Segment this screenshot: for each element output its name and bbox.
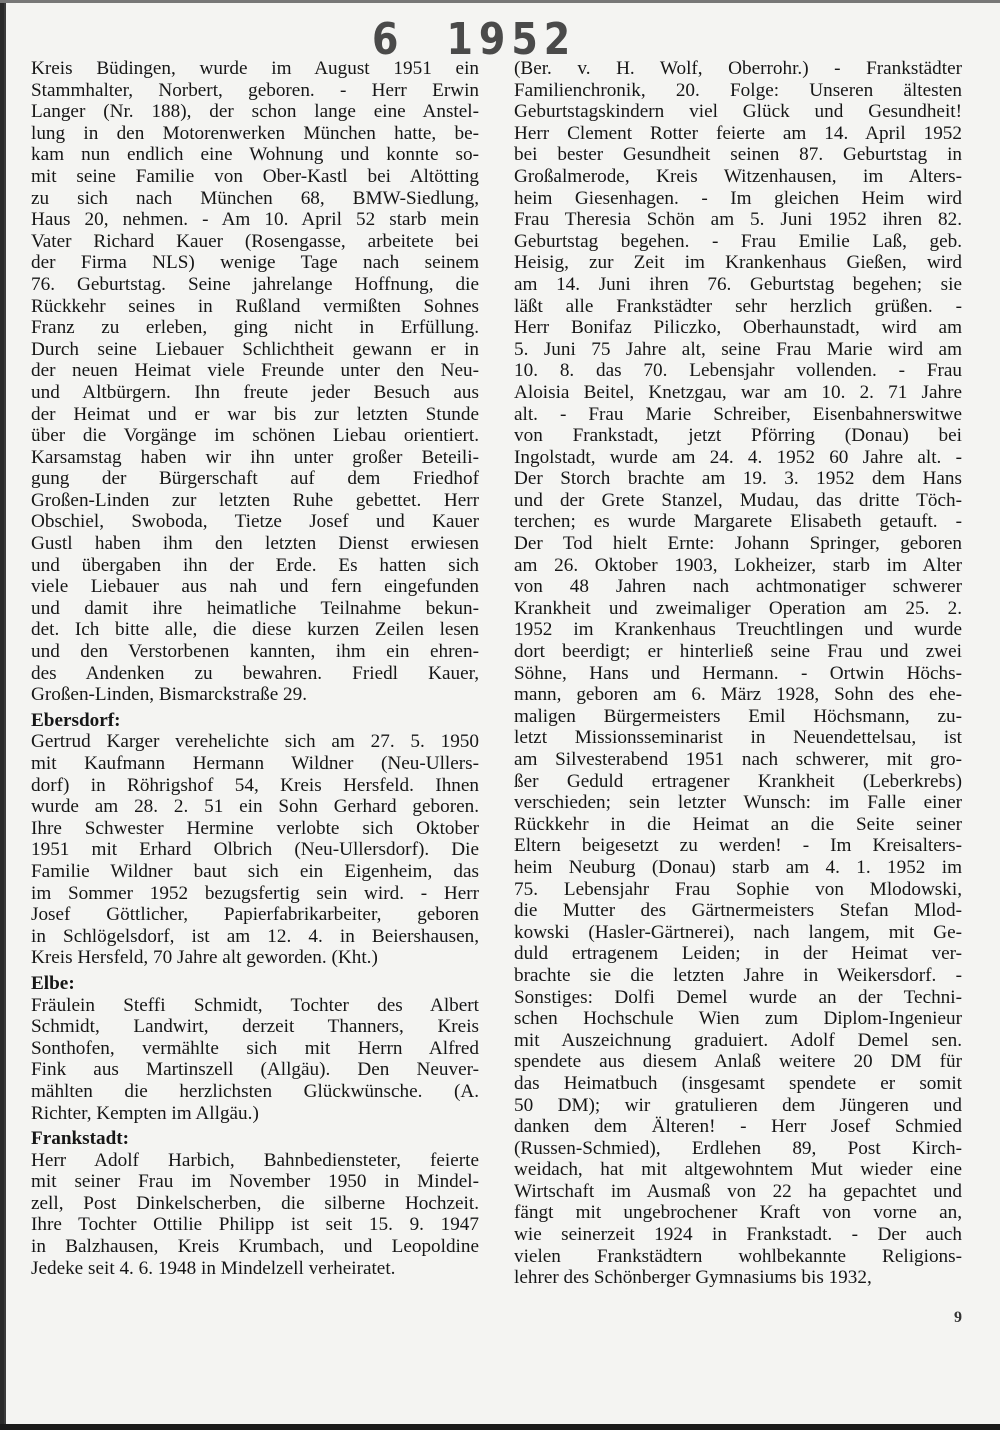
text-line: dorf) in Röhrigshof 54, Kreis Hersfeld. … xyxy=(31,775,479,797)
text-line: schen Hochschule Wien zum Diplom-Ingenie… xyxy=(514,1008,962,1030)
text-line: heim Giesenhagen. - Im gleichen Heim wir… xyxy=(514,188,962,210)
text-line: Gertrud Karger verehelichte sich am 27. … xyxy=(31,731,479,753)
left-column: Kreis Büdingen, wurde im August 1951 ein… xyxy=(31,58,479,1279)
issue-year: 1952 xyxy=(446,14,576,65)
text-line: (Ber. v. H. Wolf, Oberrohr.) - Frankstäd… xyxy=(514,58,962,80)
text-line: zu sich nach München 68, BMW-Siedlung, xyxy=(31,188,479,210)
page-number: 9 xyxy=(954,1309,962,1327)
text-line: in Schlögelsdorf, ist am 12. 4. in Beier… xyxy=(31,926,479,948)
text-line: mit seine Familie von Ober-Kastl bei Alt… xyxy=(31,166,479,188)
text-line: Rückkehr in die Heimat an die Seite sein… xyxy=(514,814,962,836)
text-line: im Sommer 1952 bezugsfertig sein wird. -… xyxy=(31,883,479,905)
text-line: Stammhalter, Norbert, geboren. - Herr Er… xyxy=(31,80,479,102)
text-line: brachte sie die letzten Jahre in Weikers… xyxy=(514,965,962,987)
section-heading: Ebersdorf: xyxy=(31,710,479,732)
text-line: Fink aus Martinszell (Allgäu). Den Neuve… xyxy=(31,1059,479,1081)
text-line: und übergaben ihn der Erde. Es hatten si… xyxy=(31,555,479,577)
text-line: Obschiel, Swoboda, Tietze Josef und Kaue… xyxy=(31,511,479,533)
text-line: am Silvesterabend 1951 nach schwerer, mi… xyxy=(514,749,962,771)
text-line: Herr Adolf Harbich, Bahnbediensteter, fe… xyxy=(31,1150,479,1172)
text-line: Söhne, Hans und Hermann. - Ortwin Höchs- xyxy=(514,663,962,685)
text-line: 1952 im Krankenhaus Treuchtlingen und wu… xyxy=(514,619,962,641)
text-line: Geburtstagskindern viel Glück und Gesund… xyxy=(514,101,962,123)
text-line: terchen; es wurde Margarete Elisabeth ge… xyxy=(514,511,962,533)
text-line: 1951 mit Erhard Olbrich (Neu-Ullersdorf)… xyxy=(31,839,479,861)
text-line: Fräulein Steffi Schmidt, Tochter des Alb… xyxy=(31,995,479,1017)
text-line: zell, Post Dinkelscherben, die silberne … xyxy=(31,1193,479,1215)
text-line: Großen-Linden, Bismarckstraße 29. xyxy=(31,684,479,706)
text-line: und Altbürgern. Ihn freute jeder Besuch … xyxy=(31,382,479,404)
text-line: fängt mit ungebrochener Kraft von vorne … xyxy=(514,1202,962,1224)
text-line: Großen-Linden zur letzten Ruhe gebettet.… xyxy=(31,490,479,512)
text-line: Ingolstadt, wurde am 24. 4. 1952 60 Jahr… xyxy=(514,447,962,469)
text-line: gung der Bürgerschaft auf dem Friedhof xyxy=(31,468,479,490)
text-line: 5. Juni 75 Jahre alt, seine Frau Marie w… xyxy=(514,339,962,361)
text-line: weidach, hat mit altgewohntem Mut wieder… xyxy=(514,1159,962,1181)
text-line: 76. Geburtstag. Seine jahrelange Hoffnun… xyxy=(31,274,479,296)
text-line: Sonstiges: Dolfi Demel wurde an der Tech… xyxy=(514,987,962,1009)
text-line: läßt alle Frankstädter sehr herzlich grü… xyxy=(514,296,962,318)
text-line: Karsamstag haben wir ihn unter großer Be… xyxy=(31,447,479,469)
text-line: Durch seine Liebauer Schlichtheit gewann… xyxy=(31,339,479,361)
text-line: Herr Clement Rotter feierte am 14. April… xyxy=(514,123,962,145)
text-line: am 14. Juni ihren 76. Geburtstag begehen… xyxy=(514,274,962,296)
text-line: kam nun endlich eine Wohnung und konnte … xyxy=(31,144,479,166)
text-line: maligen Bürgermeisters Emil Höchsmann, z… xyxy=(514,706,962,728)
text-line: Richter, Kempten im Allgäu.) xyxy=(31,1103,479,1125)
text-line: von Frankstadt, jetzt Pförring (Donau) b… xyxy=(514,425,962,447)
text-line: wurde am 28. 2. 51 ein Sohn Gerhard gebo… xyxy=(31,796,479,818)
issue-number: 6 xyxy=(372,14,404,65)
text-line: von 48 Jahren nach achtmonatiger schwere… xyxy=(514,576,962,598)
text-line: verschieden; sein letzter Wunsch: im Fal… xyxy=(514,792,962,814)
text-line: Gustl haben ihm den letzten Dienst erwie… xyxy=(31,533,479,555)
text-line: mit Auszeichnung graduiert. Adolf Demel … xyxy=(514,1030,962,1052)
text-line: über die Vorgänge im schönen Liebau orie… xyxy=(31,425,479,447)
text-line: dort beerdigt; er hinterließ seine Frau … xyxy=(514,641,962,663)
text-line: in Balzhausen, Kreis Krumbach, und Leopo… xyxy=(31,1236,479,1258)
text-line: Geburtstag begehen. - Frau Emilie Laß, g… xyxy=(514,231,962,253)
text-line: ßer Geduld ertragener Krankheit (Leberkr… xyxy=(514,771,962,793)
text-line: Sonthofen, vermählte sich mit Herrn Alfr… xyxy=(31,1038,479,1060)
text-line: und damit ihre heimatliche Teilnahme bek… xyxy=(31,598,479,620)
text-line: 10. 8. das 70. Lebensjahr vollenden. - F… xyxy=(514,360,962,382)
text-line: am 26. Oktober 1903, Lokheizer, starb im… xyxy=(514,555,962,577)
text-line: die Mutter des Gärtnermeisters Stefan Ml… xyxy=(514,900,962,922)
text-line: Frau Theresia Schön am 5. Juni 1952 ihre… xyxy=(514,209,962,231)
text-line: der Firma NLS) wenige Tage nach seinem xyxy=(31,252,479,274)
text-line: und der Grete Stanzel, Mudau, das dritte… xyxy=(514,490,962,512)
text-line: Familienchronik, 20. Folge: Unseren älte… xyxy=(514,80,962,102)
text-line: vielen Frankstädtern wohlbekannte Religi… xyxy=(514,1246,962,1268)
text-line: Vater Richard Kauer (Rosengasse, arbeite… xyxy=(31,231,479,253)
text-line: Haus 20, nehmen. - Am 10. April 52 starb… xyxy=(31,209,479,231)
text-line: Ihre Tochter Ottilie Philipp ist seit 15… xyxy=(31,1214,479,1236)
text-line: der Heimat und er war bis zur letzten St… xyxy=(31,404,479,426)
text-line: mählten die herzlichsten Glückwünsche. (… xyxy=(31,1081,479,1103)
text-line: Langer (Nr. 188), der schon lange eine A… xyxy=(31,101,479,123)
text-line: Familie Wildner baut sich ein Eigenheim,… xyxy=(31,861,479,883)
text-line: det. Ich bitte alle, die diese kurzen Ze… xyxy=(31,619,479,641)
text-line: wie seinerzeit 1924 in Frankstadt. - Der… xyxy=(514,1224,962,1246)
text-line: mit Kaufmann Hermann Wildner (Neu-Ullers… xyxy=(31,753,479,775)
text-line: Krankheit und zweimaliger Operation am 2… xyxy=(514,598,962,620)
text-line: bei bester Gesundheit seinen 87. Geburts… xyxy=(514,144,962,166)
text-line: lung in den Motorenwerken München hatte,… xyxy=(31,123,479,145)
text-line: Ihre Schwester Hermine verlobte sich Okt… xyxy=(31,818,479,840)
text-line: kowski (Hasler-Gärtnerei), nach langem, … xyxy=(514,922,962,944)
text-line: letzt Missionsseminarist in Neuendettels… xyxy=(514,727,962,749)
text-line: das Heimatbuch (insgesamt spendete er so… xyxy=(514,1073,962,1095)
issue-stamp: 61952 xyxy=(372,14,576,65)
text-line: Der Tod hielt Ernte: Johann Springer, ge… xyxy=(514,533,962,555)
text-line: duld ertragenem Leiden; in der Heimat ve… xyxy=(514,943,962,965)
text-line: Herr Bonifaz Piliczko, Oberhaunstadt, wi… xyxy=(514,317,962,339)
text-line: Kreis Büdingen, wurde im August 1951 ein xyxy=(31,58,479,80)
text-line: Großalmerode, Kreis Witzenhausen, im Alt… xyxy=(514,166,962,188)
text-line: der neuen Heimat viele Freunde unter den… xyxy=(31,360,479,382)
text-line: Josef Göttlicher, Papierfabrikarbeiter, … xyxy=(31,904,479,926)
text-line: 50 DM); wir gratulieren dem Jüngeren und xyxy=(514,1095,962,1117)
text-line: alt. - Frau Marie Schreiber, Eisenbahner… xyxy=(514,404,962,426)
text-line: Franz zu erleben, ging nicht in Erfüllun… xyxy=(31,317,479,339)
text-line: Schmidt, Landwirt, derzeit Thanners, Kre… xyxy=(31,1016,479,1038)
section-heading: Elbe: xyxy=(31,973,479,995)
text-line: Jedeke seit 4. 6. 1948 in Mindelzell ver… xyxy=(31,1258,479,1280)
text-line: des Andenken zu bewahren. Friedl Kauer, xyxy=(31,663,479,685)
text-line: danken dem Älteren! - Herr Josef Schmied xyxy=(514,1116,962,1138)
text-line: Eltern beigesetzt zu werden! - Im Kreisa… xyxy=(514,835,962,857)
text-line: Kreis Hersfeld, 70 Jahre alt geworden. (… xyxy=(31,947,479,969)
text-line: Heisig, zur Zeit im Krankenhaus Gießen, … xyxy=(514,252,962,274)
text-line: Der Storch brachte am 19. 3. 1952 dem Ha… xyxy=(514,468,962,490)
text-line: viele Liebauer aus nah und fern eingefun… xyxy=(31,576,479,598)
scan-bottom-edge xyxy=(0,1424,1000,1430)
text-line: heim Neuburg (Donau) starb am 4. 1. 1952… xyxy=(514,857,962,879)
text-line: Wirtschaft im Ausmaß von 22 ha gepachtet… xyxy=(514,1181,962,1203)
right-column: (Ber. v. H. Wolf, Oberrohr.) - Frankstäd… xyxy=(514,58,962,1289)
text-line: (Russen-Schmied), Erdlehen 89, Post Kirc… xyxy=(514,1138,962,1160)
text-line: und den Verstorbenen kannten, ihm ein eh… xyxy=(31,641,479,663)
text-line: mit seiner Frau im November 1950 in Mind… xyxy=(31,1171,479,1193)
text-line: Rückkehr seines in Rußland vermißten Soh… xyxy=(31,296,479,318)
text-line: spendete aus diesem Anlaß weitere 20 DM … xyxy=(514,1051,962,1073)
text-line: Aloisia Beitel, Knetzgau, war am 10. 2. … xyxy=(514,382,962,404)
text-line: mann, geboren am 6. März 1928, Sohn des … xyxy=(514,684,962,706)
text-line: 75. Lebensjahr Frau Sophie von Mlodowski… xyxy=(514,879,962,901)
section-heading: Frankstadt: xyxy=(31,1128,479,1150)
text-line: lehrer des Schönberger Gymnasiums bis 19… xyxy=(514,1267,962,1289)
